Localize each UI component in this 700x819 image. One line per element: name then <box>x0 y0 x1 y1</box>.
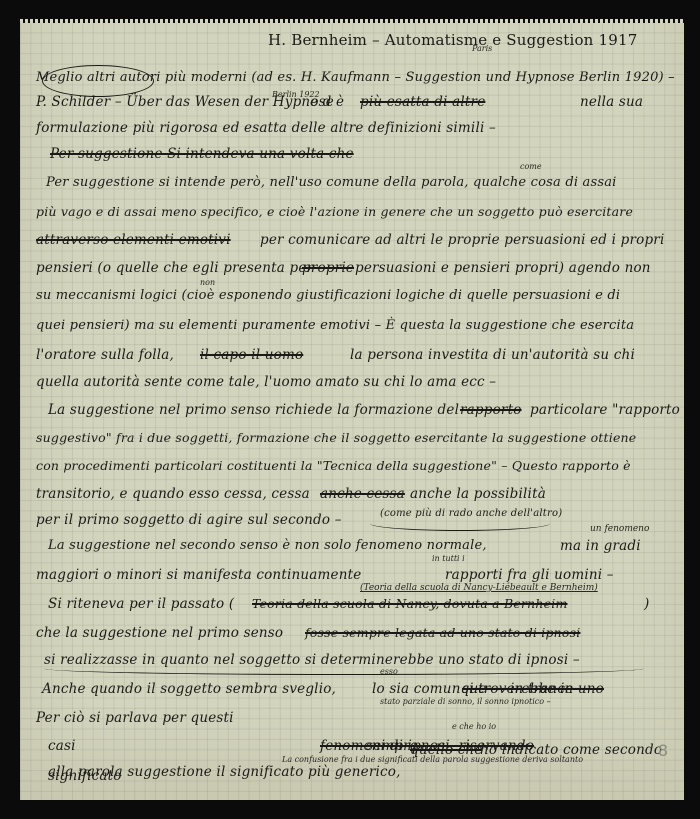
manuscript-line: ) <box>644 596 649 612</box>
manuscript-line: anche la possibilità <box>410 486 546 502</box>
manuscript-line: Per ciò si parlava per questi <box>36 710 234 726</box>
manuscript-line: persuasioni e pensieri propri) agendo no… <box>355 260 651 276</box>
struck-text: attraverso elementi emotivi <box>36 232 231 248</box>
manuscript-line: quei pensieri) ma su elementi puramente … <box>36 318 634 333</box>
insertion: (Teoria della scuola di Nancy-Liébeault … <box>360 583 598 593</box>
struck-text: rapporto <box>460 402 522 418</box>
connector-curve <box>44 662 644 675</box>
page-title: H. Bernheim – Automatisme e Suggestion 1… <box>268 31 637 49</box>
manuscript-line: La suggestione nel primo senso richiede … <box>48 402 459 418</box>
struck-text: il capo il uomo <box>200 347 303 363</box>
manuscript-line: che la suggestione nel primo senso <box>36 625 283 641</box>
insertion: esso <box>380 667 398 676</box>
connector-curve <box>370 516 550 531</box>
manuscript-line: rapporti fra gli uomini – <box>445 567 614 583</box>
manuscript-line: e d è <box>310 94 344 110</box>
manuscript-page: H. Bernheim – Automatisme e Suggestion 1… <box>20 22 684 800</box>
manuscript-line: La suggestione nel secondo senso è non s… <box>48 538 487 553</box>
struck-text: più esatta di altre <box>360 94 485 110</box>
insertion: e che ho io <box>452 722 496 731</box>
struck-text: fenomeni di ipnosi, riservando <box>320 738 534 754</box>
manuscript-line: la persona investita di un'autorità su c… <box>350 347 635 363</box>
manuscript-line: Si riteneva per il passato ( <box>48 596 234 612</box>
manuscript-line: l'oratore sulla folla, <box>36 347 174 363</box>
manuscript-line: suggestivo" fra i due soggetti, formazio… <box>36 430 636 445</box>
struck-text: anche cessa <box>320 486 405 502</box>
insertion: stato parziale di sonno, il sonno ipnoti… <box>380 697 551 706</box>
manuscript-line: più vago e di assai meno specifico, e ci… <box>36 204 633 219</box>
struck-text: fosse sempre legata ad uno stato di ipno… <box>305 625 580 640</box>
manuscript-line: con procedimenti particolari costituenti… <box>36 458 631 473</box>
manuscript-line: particolare "rapporto <box>530 402 680 418</box>
manuscript-line: quella autorità sente come tale, l'uomo … <box>36 374 496 390</box>
annotation-place: Paris <box>472 44 492 53</box>
manuscript-line: in trance <box>510 681 573 697</box>
manuscript-line: pensieri (o quelle che egli presenta per <box>36 260 313 276</box>
manuscript-line: alla parola suggestione il significato p… <box>48 764 401 780</box>
manuscript-line: Per suggestione si intende però, nell'us… <box>46 175 617 190</box>
manuscript-line: per comunicare ad altri le proprie persu… <box>260 232 664 248</box>
struck-text: proprie <box>302 260 354 276</box>
insertion: non <box>200 278 215 287</box>
manuscript-line: formulazione più rigorosa ed esatta dell… <box>36 120 496 136</box>
manuscript-line: casi <box>48 738 76 754</box>
insertion: un fenomeno <box>590 524 649 534</box>
struck-text: Per suggestione Si intendeva una volta c… <box>50 146 354 162</box>
insertion: come <box>520 162 542 171</box>
manuscript-line: transitorio, e quando esso cessa, cessa <box>36 486 310 502</box>
struck-text: Teoria della scuola di Nancy, dovuta a B… <box>252 596 568 611</box>
manuscript-line: Meglio altri autori più moderni (ad es. … <box>36 70 675 85</box>
manuscript-line: sempre <box>366 738 418 754</box>
manuscript-line: nella sua <box>580 94 643 110</box>
manuscript-line: Anche quando il soggetto sembra sveglio, <box>42 681 336 697</box>
manuscript-line: maggiori o minori si manifesta continuam… <box>36 567 361 583</box>
insertion: in tutti i <box>432 554 465 563</box>
manuscript-line: su meccanismi logici (cioè esponendo giu… <box>36 288 620 303</box>
manuscript-line: ma in gradi <box>560 538 641 554</box>
manuscript-line: per il primo soggetto di agire sul secon… <box>36 512 342 528</box>
